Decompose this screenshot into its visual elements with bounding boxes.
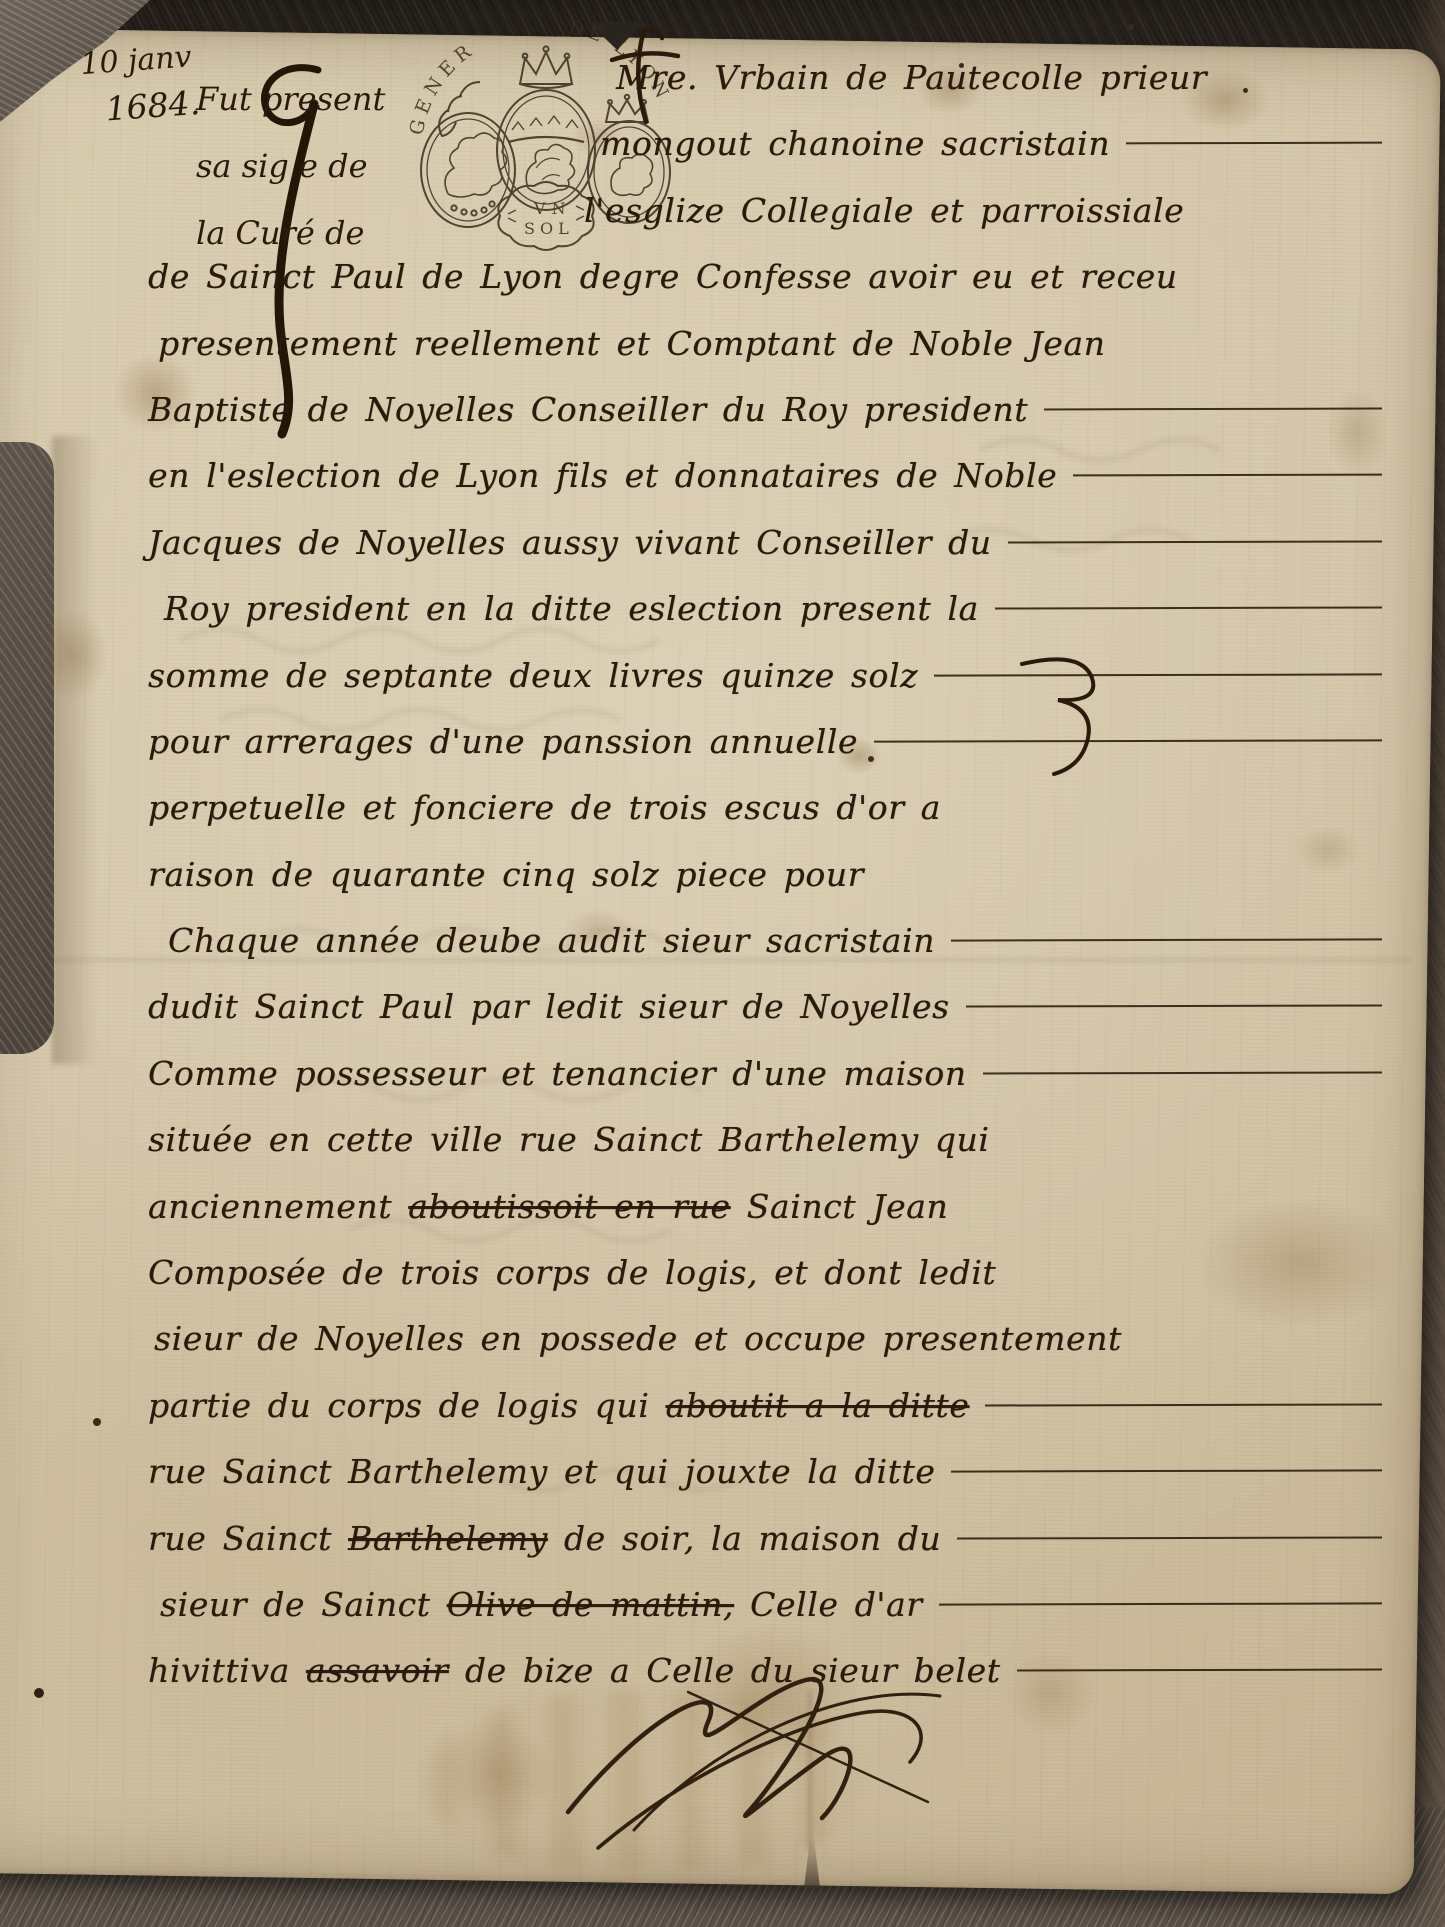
manuscript-text-segment: Mre. Vrbain de Pautecolle prieur bbox=[616, 58, 1207, 97]
manuscript-text-segment: somme de septante deux livres quinze sol… bbox=[148, 656, 918, 695]
line-filler-dash bbox=[1017, 1669, 1382, 1672]
body-lines: Mre. Vrbain de Pautecolle prieurmongout … bbox=[148, 58, 1396, 1718]
manuscript-text-segment: de soir, la maison du bbox=[548, 1519, 941, 1558]
manuscript-line: Roy president en la ditte eslection pres… bbox=[148, 589, 1396, 655]
line-filler-dash bbox=[934, 673, 1382, 676]
manuscript-text-segment: Roy president en la ditte eslection pres… bbox=[164, 589, 979, 628]
manuscript-line: raison de quarante cinq solz piece pour bbox=[148, 855, 1396, 921]
manuscript-line: Baptiste de Noyelles Conseiller du Roy p… bbox=[148, 390, 1396, 456]
manuscript-text-segment: Jacques de Noyelles aussy vivant Conseil… bbox=[148, 523, 992, 562]
line-filler-dash bbox=[966, 1005, 1382, 1008]
manuscript-line: Composée de trois corps de logis, et don… bbox=[148, 1253, 1396, 1319]
line-filler-dash bbox=[985, 1403, 1382, 1406]
manuscript-text-segment: Baptiste de Noyelles Conseiller du Roy p… bbox=[148, 390, 1028, 429]
signature-paraph bbox=[538, 1652, 978, 1867]
line-filler-dash bbox=[1126, 142, 1382, 145]
line-filler-dash bbox=[983, 1071, 1382, 1074]
line-filler-dash bbox=[1073, 474, 1382, 477]
manuscript-line: Jacques de Noyelles aussy vivant Conseil… bbox=[148, 523, 1396, 589]
manuscript-text-segment: Chaque année deube audit sieur sacristai… bbox=[168, 921, 935, 960]
manuscript-line: l'esglize Collegiale et parroissiale bbox=[584, 191, 1396, 257]
manuscript-text-segment: située en cette ville rue Sainct Barthel… bbox=[148, 1120, 989, 1159]
line-filler-dash bbox=[995, 607, 1382, 610]
manuscript-line: dudit Sainct Paul par ledit sieur de Noy… bbox=[148, 987, 1396, 1053]
manuscript-line: Mre. Vrbain de Pautecolle prieur bbox=[616, 58, 1396, 124]
manuscript-text-segment: Composée de trois corps de logis, et don… bbox=[148, 1253, 996, 1292]
manuscript-text-segment: Olive de mattin, bbox=[447, 1585, 734, 1624]
line-filler-dash bbox=[939, 1602, 1382, 1605]
wood-left-edge-strip bbox=[0, 442, 54, 1054]
line-filler-dash bbox=[874, 739, 1382, 742]
manuscript-line: Comme possesseur et tenancier d'une mais… bbox=[148, 1054, 1396, 1120]
manuscript-line: située en cette ville rue Sainct Barthel… bbox=[148, 1120, 1396, 1186]
manuscript-text-segment: aboutissoit en rue bbox=[408, 1187, 730, 1226]
line-filler-dash bbox=[951, 1470, 1382, 1473]
manuscript-line: en l'eslection de Lyon fils et donnatair… bbox=[148, 456, 1396, 522]
manuscript-line: Chaque année deube audit sieur sacristai… bbox=[148, 921, 1396, 987]
manuscript-text-segment: l'esglize Collegiale et parroissiale bbox=[584, 191, 1184, 230]
manuscript-text-segment: mongout chanoine sacristain bbox=[600, 124, 1110, 163]
manuscript-line: rue Sainct Barthelemy de soir, la maison… bbox=[148, 1519, 1396, 1585]
manuscript-text-segment: en l'eslection de Lyon fils et donnatair… bbox=[148, 456, 1057, 495]
manuscript-text-segment: dudit Sainct Paul par ledit sieur de Noy… bbox=[148, 987, 950, 1026]
manuscript-line: anciennement aboutissoit en rue Sainct J… bbox=[148, 1187, 1396, 1253]
manuscript-line: sieur de Sainct Olive de mattin, Celle d… bbox=[148, 1585, 1396, 1651]
line-filler-dash bbox=[957, 1536, 1382, 1539]
manuscript-line: rue Sainct Barthelemy et qui jouxte la d… bbox=[148, 1452, 1396, 1518]
manuscript-text-segment: assavoir bbox=[306, 1651, 449, 1690]
manuscript-line: de Sainct Paul de Lyon degre Confesse av… bbox=[148, 257, 1396, 323]
manuscript-text-segment: rue Sainct Barthelemy et qui jouxte la d… bbox=[148, 1452, 935, 1491]
manuscript-text-segment: Celle d'ar bbox=[734, 1585, 923, 1624]
line-filler-dash bbox=[951, 939, 1382, 942]
manuscript-text-segment: pour arrerages d'une panssion annuelle bbox=[148, 722, 858, 761]
manuscript-line: sieur de Noyelles en possede et occupe p… bbox=[148, 1319, 1396, 1385]
manuscript-text-segment: sieur de Sainct bbox=[160, 1585, 447, 1624]
manuscript-line: mongout chanoine sacristain bbox=[600, 124, 1396, 190]
manuscript-text-segment: anciennement bbox=[148, 1187, 408, 1226]
paper-left-edge-shadow bbox=[52, 436, 112, 1064]
photograph-of-manuscript: { "document": { "type": "17th-century Fr… bbox=[0, 0, 1445, 1927]
manuscript-text-segment: aboutit a la ditte bbox=[665, 1386, 969, 1425]
manuscript-text-segment: hivittiva bbox=[148, 1651, 306, 1690]
manuscript-text-segment: partie du corps de logis qui bbox=[148, 1386, 665, 1425]
manuscript-line: pour arrerages d'une panssion annuelle bbox=[148, 722, 1396, 788]
manuscript-line: perpetuelle et fonciere de trois escus d… bbox=[148, 788, 1396, 854]
line-filler-dash bbox=[1044, 408, 1382, 411]
manuscript-text-segment: Comme possesseur et tenancier d'une mais… bbox=[148, 1054, 967, 1093]
manuscript-text-segment: sieur de Noyelles en possede et occupe p… bbox=[154, 1319, 1122, 1358]
manuscript-text-segment: Sainct Jean bbox=[731, 1187, 949, 1226]
manuscript-line: somme de septante deux livres quinze sol… bbox=[148, 656, 1396, 722]
manuscript-text-segment: raison de quarante cinq solz piece pour bbox=[148, 855, 864, 894]
manuscript-text-segment: Barthelemy bbox=[348, 1519, 548, 1558]
manuscript-text-segment: perpetuelle et fonciere de trois escus d… bbox=[148, 788, 941, 827]
manuscript-text-segment: rue Sainct bbox=[148, 1519, 348, 1558]
manuscript-text-segment: de Sainct Paul de Lyon degre Confesse av… bbox=[148, 257, 1178, 296]
manuscript-line: presentement reellement et Comptant de N… bbox=[148, 324, 1396, 390]
manuscript-text-segment: presentement reellement et Comptant de N… bbox=[158, 324, 1105, 363]
manuscript-line: partie du corps de logis qui aboutit a l… bbox=[148, 1386, 1396, 1452]
line-filler-dash bbox=[1008, 540, 1382, 543]
